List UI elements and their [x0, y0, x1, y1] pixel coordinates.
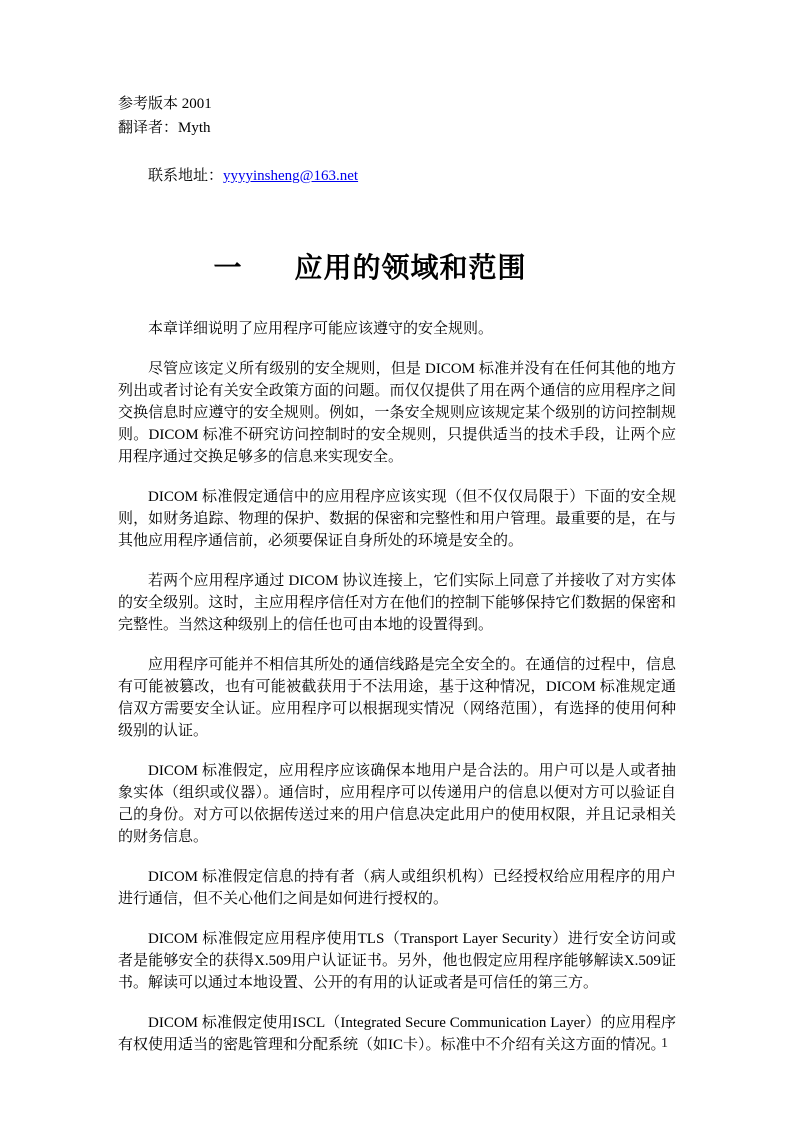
contact-line: 联系地址：yyyyinsheng@163.net [118, 140, 676, 212]
paragraph: 若两个应用程序通过 DICOM 协议连接上，它们实际上同意了并接收了对方实体的安… [118, 570, 676, 636]
document-header: 参考版本 2001 翻译者：Myth 联系地址：yyyyinsheng@163.… [118, 0, 676, 212]
paragraph: DICOM 标准假定应用程序使用TLS（Transport Layer Secu… [118, 928, 676, 994]
paragraph: 本章详细说明了应用程序可能应该遵守的安全规则。 [118, 318, 676, 340]
chapter-number: 一 [213, 250, 242, 288]
chapter-title: 一 应用的领域和范围 [91, 250, 649, 288]
contact-label: 联系地址： [148, 168, 223, 184]
paragraph: DICOM 标准假定，应用程序应该确保本地用户是合法的。用户可以是人或者抽象实体… [118, 760, 676, 848]
paragraph: DICOM 标准假定使用ISCL（Integrated Secure Commu… [118, 1012, 676, 1056]
reference-version: 参考版本 2001 [118, 92, 676, 116]
email-link[interactable]: yyyyinsheng@163.net [223, 168, 358, 184]
translator-line: 翻译者：Myth [118, 116, 676, 140]
document-body: 本章详细说明了应用程序可能应该遵守的安全规则。 尽管应该定义所有级别的安全规则，… [118, 318, 676, 1056]
paragraph: 尽管应该定义所有级别的安全规则，但是 DICOM 标准并没有在任何其他的地方列出… [118, 358, 676, 468]
page-number: 1 [661, 1036, 668, 1052]
paragraph: 应用程序可能并不相信其所处的通信线路是完全安全的。在通信的过程中，信息有可能被篡… [118, 654, 676, 742]
chapter-title-text: 应用的领域和范围 [295, 250, 527, 288]
paragraph: DICOM 标准假定信息的持有者（病人或组织机构）已经授权给应用程序的用户进行通… [118, 866, 676, 910]
document-page: 参考版本 2001 翻译者：Myth 联系地址：yyyyinsheng@163.… [0, 0, 793, 1122]
paragraph: DICOM 标准假定通信中的应用程序应该实现（但不仅仅局限于）下面的安全规则，如… [118, 486, 676, 552]
